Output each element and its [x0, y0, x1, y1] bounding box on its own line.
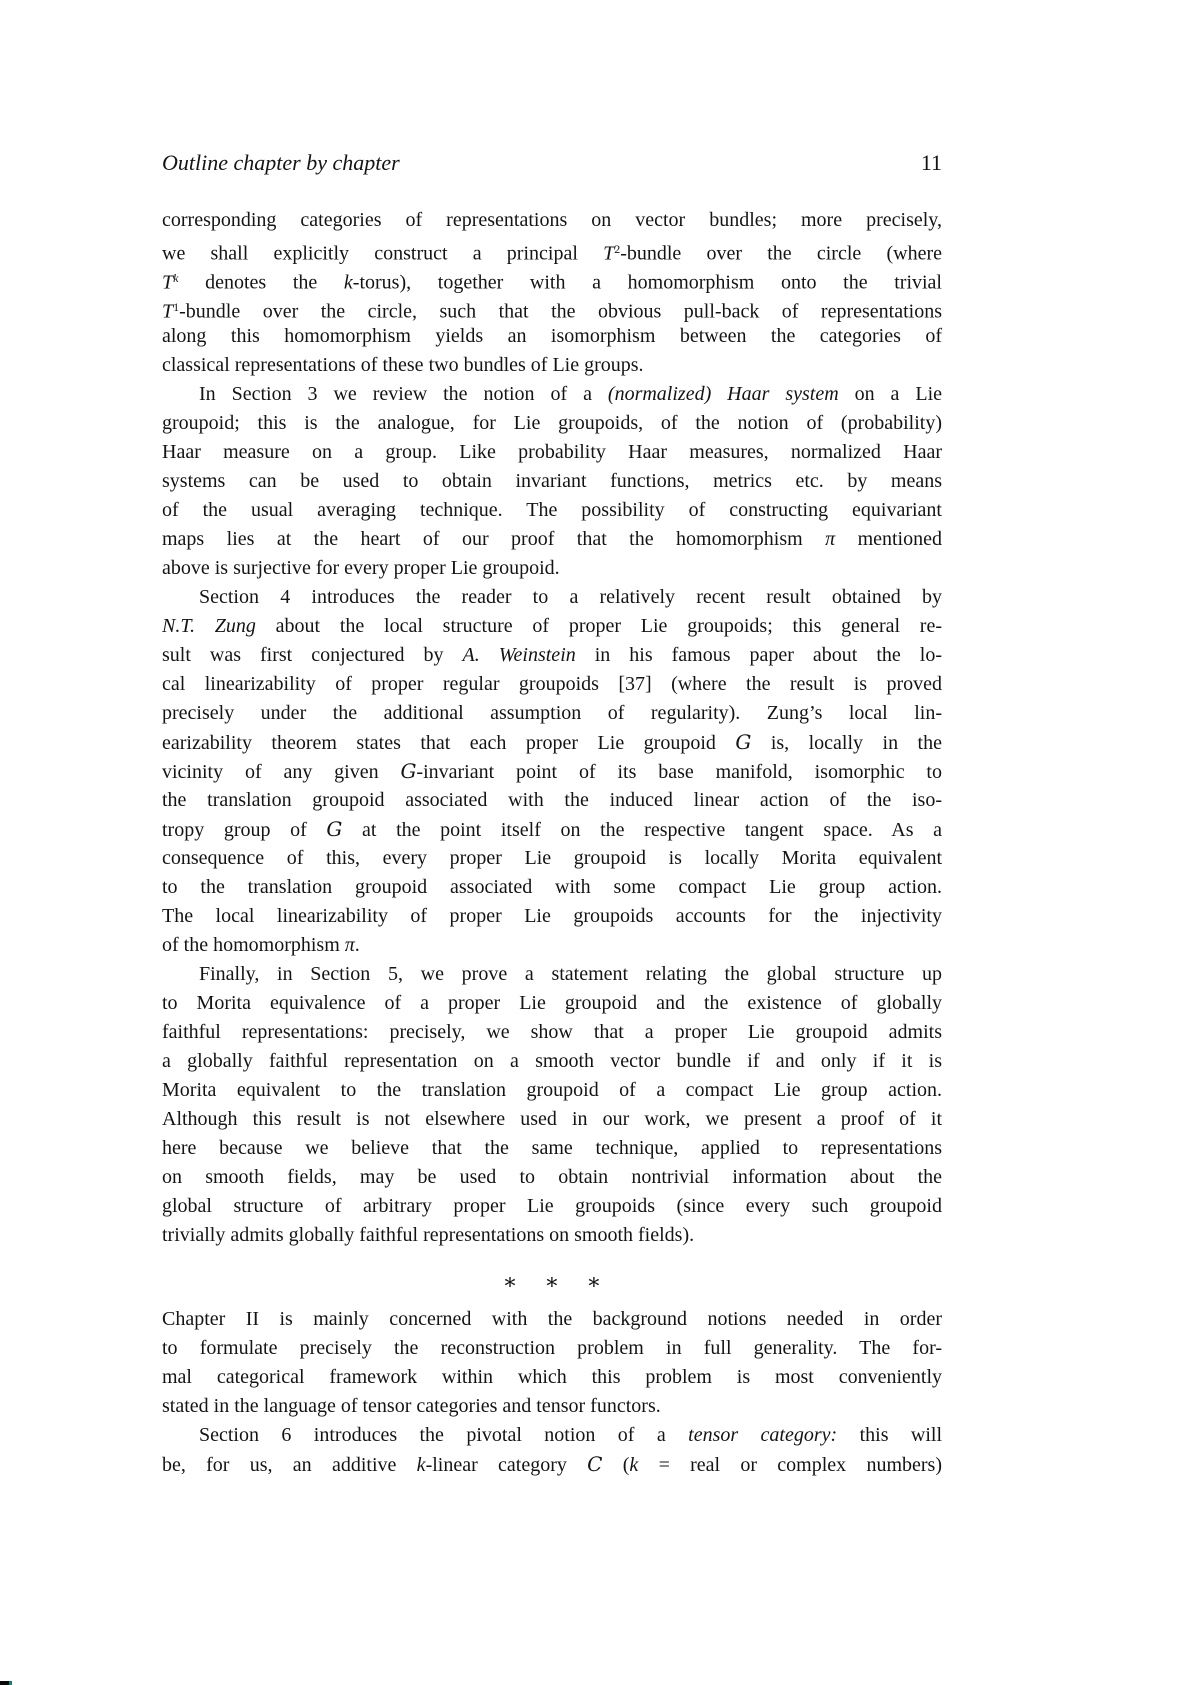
text-line: along this homomorphism yields an isomor… — [162, 322, 942, 351]
text-line: mal categorical framework within which t… — [162, 1363, 942, 1392]
text-line: of the homomorphism π. — [162, 931, 942, 960]
text-segment: of the usual averaging technique. The po… — [162, 499, 942, 521]
text-segment: T — [603, 243, 614, 264]
text-segment: we shall explicitly construct a principa… — [162, 243, 603, 264]
text-segment: -torus), together with a homomorphism on… — [353, 272, 942, 293]
text-segment: consequence of this, every proper Lie gr… — [162, 847, 942, 869]
text-segment: mentioned — [835, 528, 942, 550]
text-line: above is surjective for every proper Lie… — [162, 554, 942, 583]
text-segment: Haar measure on a group. Like probabilit… — [162, 441, 942, 463]
text-segment: groupoid; this is the analogue, for Lie … — [162, 412, 942, 434]
asterisk: ∗ — [586, 1267, 601, 1292]
text-segment: precisely under the additional assumptio… — [162, 702, 942, 724]
text-line: classical representations of these two b… — [162, 351, 942, 380]
text-segment: denotes the — [178, 272, 343, 293]
text-line: groupoid; this is the analogue, for Lie … — [162, 409, 942, 438]
text-line: vicinity of any given G-invariant point … — [162, 757, 942, 786]
text-line: here because we believe that the same te… — [162, 1134, 942, 1163]
paragraph: corresponding categories of representati… — [162, 206, 942, 380]
text-segment: be, for us, an additive — [162, 1454, 417, 1476]
text-segment: the translation groupoid associated with… — [162, 789, 942, 811]
artifact-teal-segment — [9, 1681, 12, 1685]
text-segment: Morita equivalent to the translation gro… — [162, 1079, 942, 1101]
text-segment: Section 6 introduces the pivotal notion … — [199, 1424, 688, 1446]
text-segment: C — [587, 1452, 602, 1476]
text-segment: on smooth fields, may be used to obtain … — [162, 1166, 942, 1188]
text-line: N.T. Zung about the local structure of p… — [162, 612, 942, 641]
text-line: the translation groupoid associated with… — [162, 786, 942, 815]
text-segment: maps lies at the heart of our proof that… — [162, 528, 825, 550]
text-segment: G — [400, 759, 416, 783]
text-segment: classical representations of these two b… — [162, 354, 644, 376]
text-segment: sult was first conjectured by — [162, 644, 463, 666]
text-segment: Chapter II is mainly concerned with the … — [162, 1308, 942, 1330]
text-segment: a globally faithful representation on a … — [162, 1050, 942, 1072]
text-line: to formulate precisely the reconstructio… — [162, 1334, 942, 1363]
text-segment: T — [162, 301, 173, 322]
text-segment: A. Weinstein — [463, 644, 576, 666]
text-segment: G — [326, 817, 342, 841]
text-line: precisely under the additional assumptio… — [162, 699, 942, 728]
document-page: Outline chapter by chapter 11 correspond… — [0, 0, 1191, 1685]
paragraph: In Section 3 we review the notion of a (… — [162, 380, 942, 583]
text-line: cal linearizability of proper regular gr… — [162, 670, 942, 699]
text-segment: stated in the language of tensor categor… — [162, 1395, 661, 1417]
text-segment: to the translation groupoid associated w… — [162, 876, 942, 898]
text-line: corresponding categories of representati… — [162, 206, 942, 235]
text-segment: trivially admits globally faithful repre… — [162, 1224, 694, 1246]
asterisk: ∗ — [545, 1267, 560, 1292]
text-line: Section 4 introduces the reader to a rel… — [162, 583, 942, 612]
text-segment: is, locally in the — [751, 732, 942, 754]
text-line: T1-bundle over the circle, such that the… — [162, 293, 942, 322]
artifact-black-segment — [0, 1681, 9, 1685]
text-segment: Although this result is not elsewhere us… — [162, 1108, 942, 1130]
text-segment: in his famous paper about the lo- — [576, 644, 942, 666]
text-segment: k — [629, 1454, 638, 1476]
text-segment: mal categorical framework within which t… — [162, 1366, 942, 1388]
text-segment: tropy group of — [162, 819, 326, 841]
paragraph: Section 4 introduces the reader to a rel… — [162, 583, 942, 960]
text-segment: . — [355, 934, 360, 956]
text-line: Section 6 introduces the pivotal notion … — [162, 1421, 942, 1450]
text-segment: of the homomorphism — [162, 934, 345, 956]
text-segment: on a Lie — [839, 383, 942, 405]
text-segment: -invariant point of its base manifold, i… — [416, 761, 942, 783]
text-segment: k — [417, 1454, 426, 1476]
text-line: to the translation groupoid associated w… — [162, 873, 942, 902]
text-segment: π — [825, 528, 835, 550]
page-edge-artifact — [0, 1681, 12, 1685]
asterisk: ∗ — [503, 1267, 518, 1292]
page-number: 11 — [921, 149, 942, 176]
text-segment: along this homomorphism yields an isomor… — [162, 325, 942, 347]
text-segment: global structure of arbitrary proper Lie… — [162, 1195, 942, 1217]
text-line: Tk denotes the k-torus), together with a… — [162, 264, 942, 293]
text-segment: here because we believe that the same te… — [162, 1137, 942, 1159]
paragraph: Section 6 introduces the pivotal notion … — [162, 1421, 942, 1479]
text-segment: this will — [837, 1424, 942, 1446]
text-segment: corresponding categories of representati… — [162, 209, 942, 231]
text-line: The local linearizability of proper Lie … — [162, 902, 942, 931]
text-segment: The local linearizability of proper Lie … — [162, 905, 942, 927]
text-segment: = real or complex numbers) — [638, 1454, 942, 1476]
text-segment: T — [162, 272, 173, 293]
text-segment: earizability theorem states that each pr… — [162, 732, 735, 754]
running-head: Outline chapter by chapter 11 — [162, 149, 942, 176]
running-head-title: Outline chapter by chapter — [162, 149, 400, 176]
text-line: tropy group of G at the point itself on … — [162, 815, 942, 844]
text-segment: systems can be used to obtain invariant … — [162, 470, 942, 492]
text-line: be, for us, an additive k-linear categor… — [162, 1450, 942, 1479]
text-segment: In Section 3 we review the notion of a — [199, 383, 608, 405]
text-line: trivially admits globally faithful repre… — [162, 1221, 942, 1250]
text-line: consequence of this, every proper Lie gr… — [162, 844, 942, 873]
text-segment: k — [344, 272, 353, 293]
text-segment: about the local structure of proper Lie … — [256, 615, 942, 637]
text-line: of the usual averaging technique. The po… — [162, 496, 942, 525]
text-segment: cal linearizability of proper regular gr… — [162, 673, 942, 695]
text-line: global structure of arbitrary proper Lie… — [162, 1192, 942, 1221]
text-line: stated in the language of tensor categor… — [162, 1392, 942, 1421]
text-segment: -linear category — [426, 1454, 588, 1476]
text-line: Haar measure on a group. Like probabilit… — [162, 438, 942, 467]
text-segment: -bundle over the circle, such that the o… — [179, 301, 942, 322]
text-line: Finally, in Section 5, we prove a statem… — [162, 960, 942, 989]
text-line: In Section 3 we review the notion of a (… — [162, 380, 942, 409]
text-segment: tensor category: — [688, 1424, 837, 1446]
text-line: Although this result is not elsewhere us… — [162, 1105, 942, 1134]
text-line: systems can be used to obtain invariant … — [162, 467, 942, 496]
text-line: to Morita equivalence of a proper Lie gr… — [162, 989, 942, 1018]
text-line: maps lies at the heart of our proof that… — [162, 525, 942, 554]
text-line: earizability theorem states that each pr… — [162, 728, 942, 757]
text-segment: N.T. Zung — [162, 615, 256, 637]
paragraph: Chapter II is mainly concerned with the … — [162, 1305, 942, 1421]
text-segment: faithful representations: precisely, we … — [162, 1021, 942, 1043]
text-segment: Finally, in Section 5, we prove a statem… — [199, 963, 942, 985]
text-segment: at the point itself on the respective ta… — [342, 819, 942, 841]
text-segment: ( — [602, 1454, 629, 1476]
text-line: faithful representations: precisely, we … — [162, 1018, 942, 1047]
text-segment: to formulate precisely the reconstructio… — [162, 1337, 942, 1359]
text-line: Morita equivalent to the translation gro… — [162, 1076, 942, 1105]
text-line: Chapter II is mainly concerned with the … — [162, 1305, 942, 1334]
section-separator: ∗∗∗ — [162, 1263, 942, 1292]
paragraph: Finally, in Section 5, we prove a statem… — [162, 960, 942, 1250]
text-line: we shall explicitly construct a principa… — [162, 235, 942, 264]
text-segment: Section 4 introduces the reader to a rel… — [199, 586, 942, 608]
text-line: on smooth fields, may be used to obtain … — [162, 1163, 942, 1192]
text-segment: π — [345, 934, 355, 956]
text-segment: vicinity of any given — [162, 761, 400, 783]
text-segment: -bundle over the circle (where — [620, 243, 942, 264]
text-line: a globally faithful representation on a … — [162, 1047, 942, 1076]
text-segment: above is surjective for every proper Lie… — [162, 557, 560, 579]
text-line: sult was first conjectured by A. Weinste… — [162, 641, 942, 670]
text-segment: (normalized) Haar system — [608, 383, 839, 405]
text-block: corresponding categories of representati… — [162, 206, 942, 1479]
text-segment: G — [735, 730, 751, 754]
text-segment: to Morita equivalence of a proper Lie gr… — [162, 992, 942, 1014]
